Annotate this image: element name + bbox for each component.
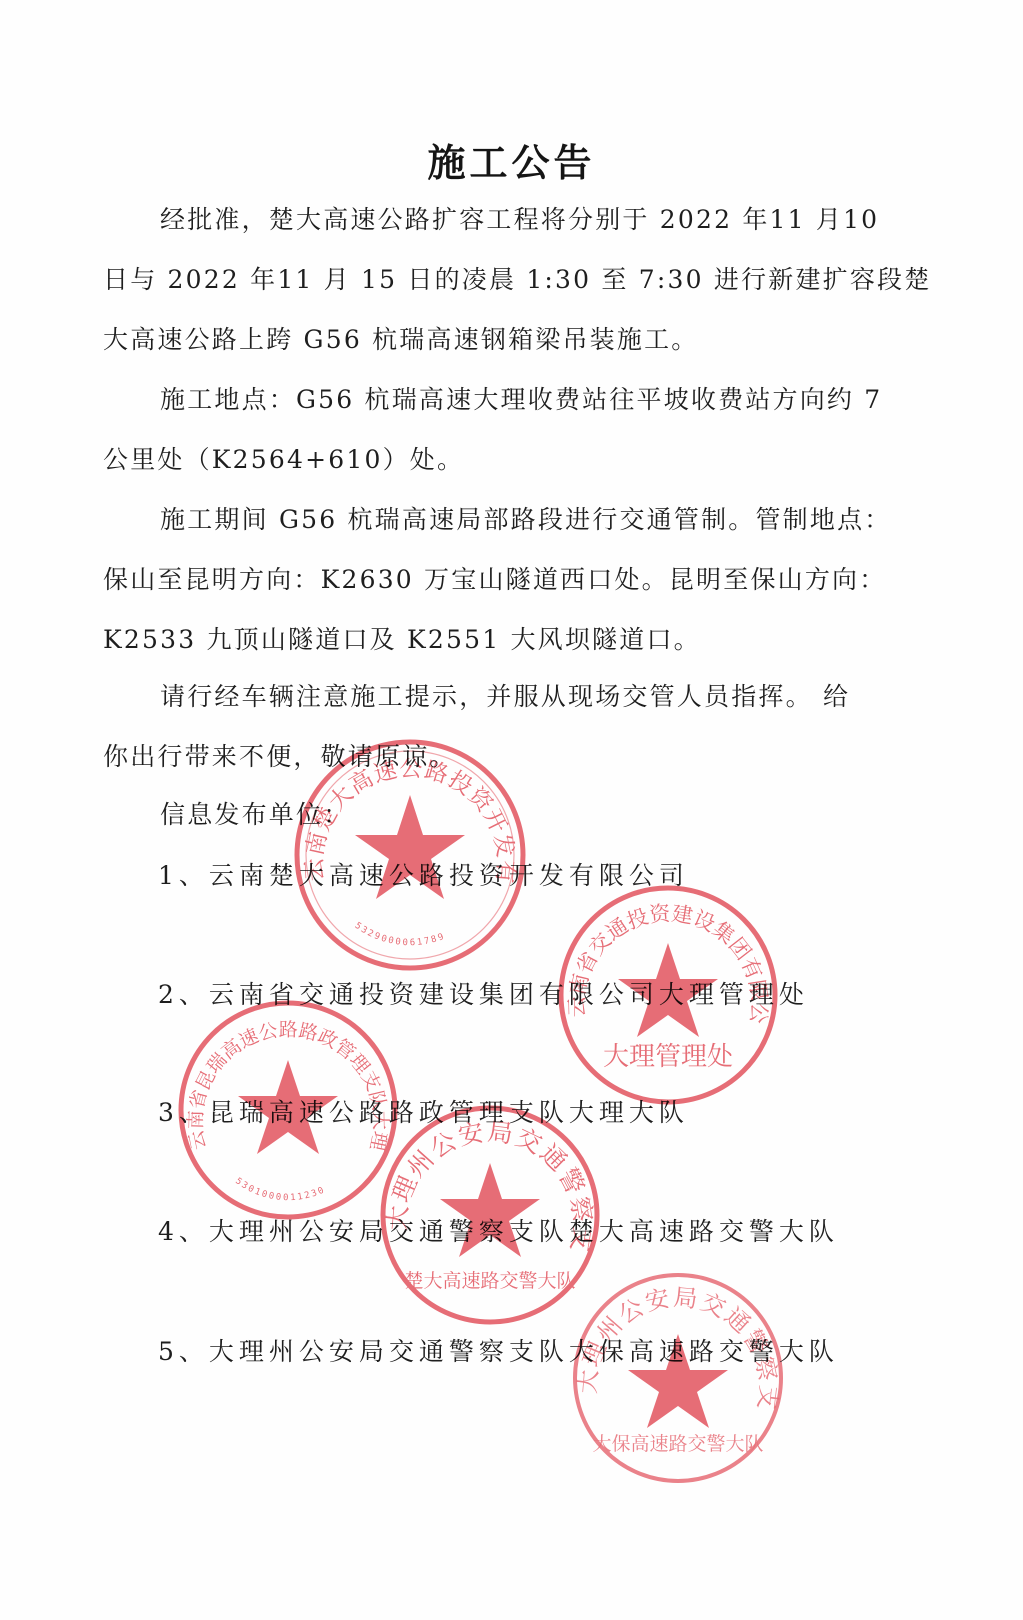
paragraph-2-line-1: 施工地点：G56 杭瑞高速大理收费站往平坡收费站方向约 7 xyxy=(160,384,882,416)
svg-text:大理州公安局交通警察支队: 大理州公安局交通警察支队 xyxy=(557,1248,783,1413)
paragraph-4-line-1: 请行经车辆注意施工提示，并服从现场交管人员指挥。 给 xyxy=(160,681,850,713)
document-page: 施工公告 经批准，楚大高速公路扩容工程将分别于 2022 年11 月10 日与 … xyxy=(0,0,1023,1620)
publisher-heading: 信息发布单位： xyxy=(160,799,350,831)
paragraph-4-line-2: 你出行带来不便，敬请原谅。 xyxy=(103,741,457,773)
svg-text:5329000061789: 5329000061789 xyxy=(353,921,447,948)
svg-text:大保高速路交警大队: 大保高速路交警大队 xyxy=(592,1433,763,1455)
paragraph-1-line-1: 经批准，楚大高速公路扩容工程将分别于 2022 年11 月10 xyxy=(160,204,879,236)
publisher-item-1: 1、云南楚大高速公路投资开发有限公司 xyxy=(158,860,689,892)
svg-text:5301000011230: 5301000011230 xyxy=(233,1176,327,1203)
official-seal-4: 大理州公安局交通警察支队 楚大高速路交警大队 xyxy=(378,1103,602,1327)
svg-text:楚大高速路交警大队: 楚大高速路交警大队 xyxy=(404,1270,575,1292)
official-seal-5: 大理州公安局交通警察支队 大保高速路交警大队 xyxy=(570,1270,786,1486)
publisher-item-2: 2、云南省交通投资建设集团有限公司大理管理处 xyxy=(158,979,809,1011)
paragraph-3-line-1: 施工期间 G56 杭瑞高速局部路段进行交通管制。管制地点： xyxy=(160,504,891,536)
page-title: 施工公告 xyxy=(0,132,1023,187)
paragraph-1-line-3: 大高速公路上跨 G56 杭瑞高速钢箱梁吊装施工。 xyxy=(103,324,698,356)
publisher-item-4: 4、大理州公安局交通警察支队楚大高速路交警大队 xyxy=(158,1216,839,1248)
paragraph-2-line-2: 公里处（K2564+610）处。 xyxy=(103,444,464,476)
paragraph-3-line-2: 保山至昆明方向：K2630 万宝山隧道西口处。昆明至保山方向： xyxy=(103,564,886,596)
paragraph-3-line-3: K2533 九顶山隧道口及 K2551 大风坝隧道口。 xyxy=(103,624,701,656)
publisher-item-5: 5、大理州公安局交通警察支队大保高速路交警大队 xyxy=(158,1336,839,1368)
paragraph-1-line-2: 日与 2022 年11 月 15 日的凌晨 1:30 至 7:30 进行新建扩容… xyxy=(103,264,931,296)
svg-text:大理管理处: 大理管理处 xyxy=(603,1042,733,1072)
publisher-item-3: 3、昆瑞高速公路路政管理支队大理大队 xyxy=(158,1097,689,1129)
